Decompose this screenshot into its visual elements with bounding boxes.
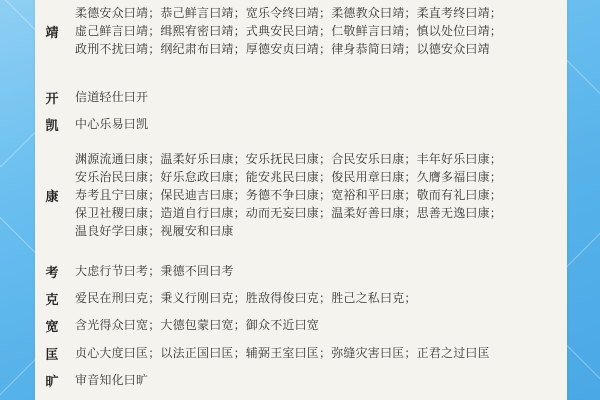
entry-head-char: 康 (41, 186, 63, 205)
entry-line: 温良好学曰康；视履安和曰康 (75, 222, 567, 240)
entry-lines: 贞心大度曰匡；以法正国曰匡；辅弼王室曰匡；弥缝灾害曰匡；正君之过曰匡 (75, 344, 567, 362)
entry-line: 大虑行节曰考；秉德不回曰考 (75, 262, 567, 280)
entry-line: 保卫社稷曰康；造道自行曰康；动而无妄曰康；温柔好善曰康；思善无逸曰康； (75, 204, 567, 222)
entry-lines: 含光得众曰宽；大德包蒙曰宽；御众不近曰宽 (75, 316, 567, 334)
page-frame: 靖 柔德安众曰靖；恭己鲜言曰靖；宽乐令终曰靖；柔德教众曰靖；柔直考终曰靖； 虚己… (0, 0, 600, 400)
entry-line: 中心乐易曰凯 (75, 115, 567, 133)
entry-lines: 柔德安众曰靖；恭己鲜言曰靖；宽乐令终曰靖；柔德教众曰靖；柔直考终曰靖； 虚己鲜言… (75, 4, 567, 58)
entry-head-char: 宽 (41, 316, 63, 335)
entry-line: 渊源流通曰康；温柔好乐曰康；安乐抚民曰康；合民安乐曰康；丰年好乐曰康； (75, 150, 567, 168)
entry-head-char: 旷 (41, 371, 63, 390)
entry-line: 政刑不扰曰靖；纲纪肃布曰靖；厚德安贞曰靖；律身恭简曰靖；以德安众曰靖 (75, 40, 567, 58)
entry-lines: 大虑行节曰考；秉德不回曰考 (75, 262, 567, 280)
entry-lines: 审音知化曰旷 (75, 371, 567, 389)
entry-head-char: 匡 (41, 344, 63, 363)
entry-head-char: 靖 (41, 22, 63, 41)
entry-head-char: 开 (41, 88, 63, 107)
entry-line: 安乐治民曰康；好乐怠政曰康；能安兆民曰康；俊民用章曰康；久膺多福曰康； (75, 168, 567, 186)
entry-head-char: 克 (41, 289, 63, 308)
entry-line: 爱民在刑曰克；秉义行刚曰克；胜敌得俊曰克；胜己之私曰克； (75, 289, 567, 307)
entry-lines: 中心乐易曰凯 (75, 115, 567, 133)
content-panel: 靖 柔德安众曰靖；恭己鲜言曰靖；宽乐令终曰靖；柔德教众曰靖；柔直考终曰靖； 虚己… (35, 0, 567, 400)
entry-lines: 渊源流通曰康；温柔好乐曰康；安乐抚民曰康；合民安乐曰康；丰年好乐曰康； 安乐治民… (75, 150, 567, 240)
entry-lines: 爱民在刑曰克；秉义行刚曰克；胜敌得俊曰克；胜己之私曰克； (75, 289, 567, 307)
entry-head-char: 凯 (41, 115, 63, 134)
entry-line: 虚己鲜言曰靖；缉熙宥密曰靖；式典安民曰靖；仁敬鲜言曰靖；慎以处位曰靖； (75, 22, 567, 40)
entry-line: 含光得众曰宽；大德包蒙曰宽；御众不近曰宽 (75, 316, 567, 334)
entry-head-char: 考 (41, 262, 63, 281)
entry-lines: 信道轻仕曰开 (75, 88, 567, 106)
entry-line: 贞心大度曰匡；以法正国曰匡；辅弼王室曰匡；弥缝灾害曰匡；正君之过曰匡 (75, 344, 567, 362)
entry-line: 柔德安众曰靖；恭己鲜言曰靖；宽乐令终曰靖；柔德教众曰靖；柔直考终曰靖； (75, 4, 567, 22)
entry-line: 信道轻仕曰开 (75, 88, 567, 106)
entry-line: 寿考且宁曰康；保民迪吉曰康；务德不争曰康；宽裕和平曰康；敬而有礼曰康； (75, 186, 567, 204)
entry-line: 审音知化曰旷 (75, 371, 567, 389)
